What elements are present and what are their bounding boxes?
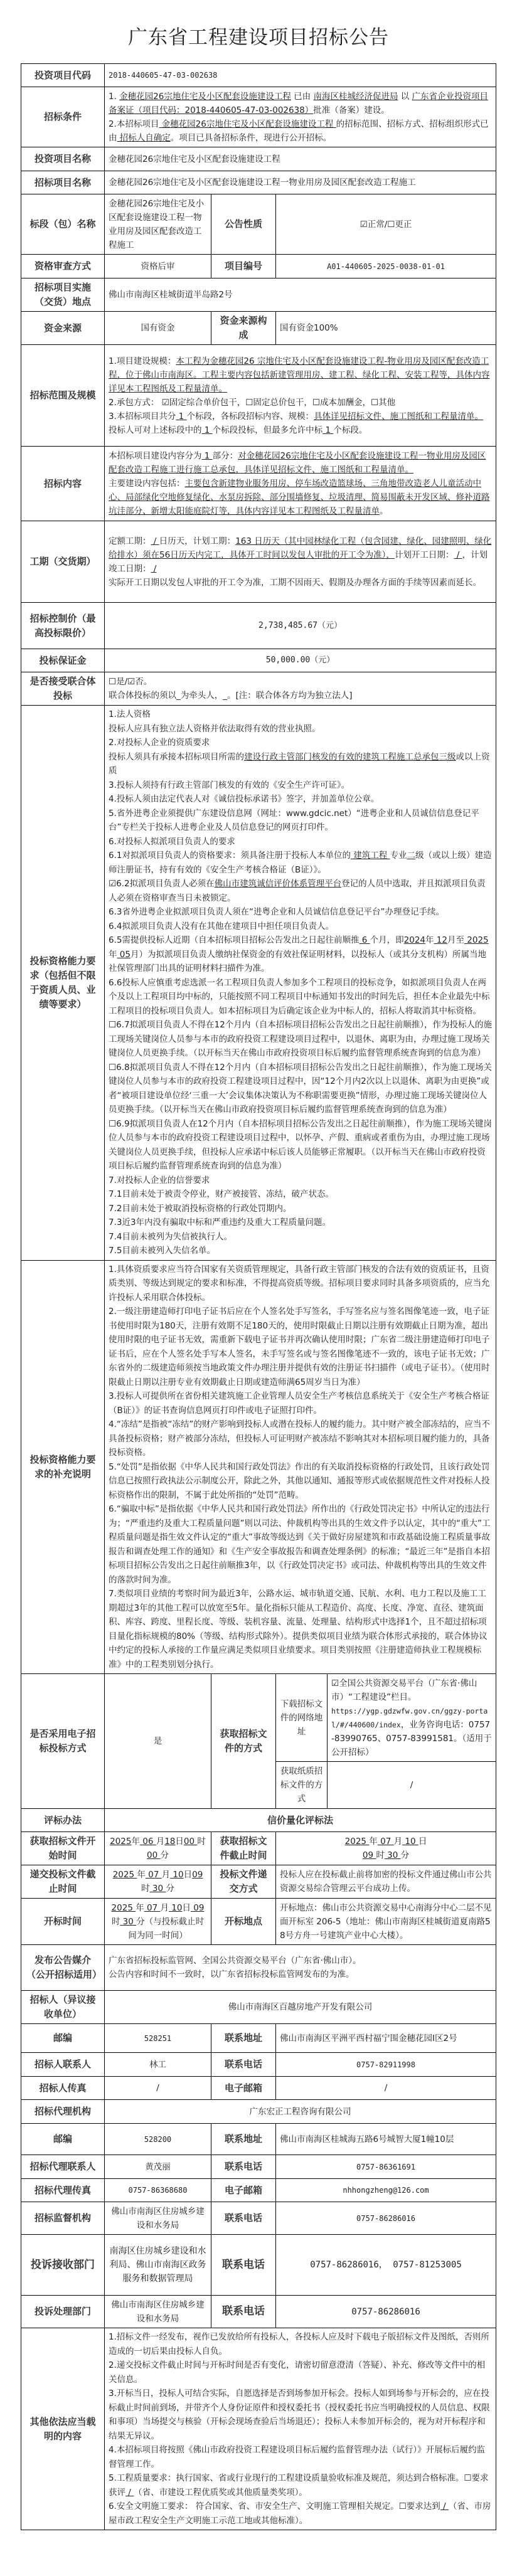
label-agency-phone: 联系电话 [211,2155,276,2179]
text: 佛山市建筑诚信评价体系管理平台 [215,879,342,889]
value-agency-phone: 0757-86361691 [276,2155,496,2179]
row-funding: 资金来源 国有资金 资金来源构成 国有资金100% [21,312,496,345]
row-investment-code: 投资项目代码 2018-440605-47-03-002638 [21,64,496,87]
label-supervision-phone: 联系电话 [211,2202,276,2235]
value-requirements: 1.法人资格 投标人应具有独立法人资格并依法取得有效的营业执照。 2.对投标人企… [105,706,496,1261]
text: 二 [407,851,416,861]
value-deposit: 50,000.00（元） [105,649,496,672]
label-media: 发布公告媒介（公开招标适用） [21,1945,105,1991]
text: 7.3近3年内没有骗取中标和严重违约及重大工程质量问题。 [109,1216,492,1230]
text: 6.安全文明施工要求： 符合国家、省、市安全生产、文明施工管理相关规定。☐要求达… [109,2501,440,2511]
text: 建筑工程 [351,851,390,861]
text: 7.1目前未处于被责令停业，财产被接管、冻结，破产状态。 [109,1187,492,1202]
text: 1 [322,425,333,435]
value-download-address: ☑全国公共资源交易平台（广东省·佛山市）“工程建设”栏目。 https://yg… [328,1674,496,1762]
label-consortium: 是否接受联合体投标 [21,672,105,706]
row-deposit: 投标保证金 50,000.00（元） [21,649,496,672]
label-content: 招标内容 [21,447,105,521]
label-deposit: 投标保证金 [21,649,105,672]
text: 00 [184,1837,197,1847]
value-submit-deadline: 2025 年 07 月 10日09时 30 分 [105,1865,211,1899]
value-notice-nature: ☑正常/☐更正 [276,194,496,255]
text: （与投标截止时间为同一时间） [128,1917,204,1941]
value-period: 定额工期： / 日历天，计划工期：163 日历天（其中园林绿化工程（包含园建、绿… [105,521,496,603]
text: 7.5目前未被列入失信名单。 [109,1244,492,1258]
text: 月至 [447,935,464,945]
row-electronic: 是否采用电子招标投标方式 是 获取招标文件的方式 下载招标文件的网络地址 ☑全国… [21,1674,496,1762]
row-agency-postal: 邮编 528200 联系地址 佛山市南海区桂城海五路6号城智大厦1幢10层 [21,2124,496,2155]
text: 1.招标文件一经发布，视作已发放给所有投标人，各投标人应及时下载电子版招标文件及… [109,2330,492,2358]
text: / [151,536,159,546]
row-location: 招标项目实施（交货）地点 佛山市南海区桂城街道半岛路2号 [21,278,496,312]
text: ☐6.7拟派项目负责人不得在12个月内（自本招标项目招标公告发出之日起往前顺推）… [109,1018,492,1061]
label-paper-method: 获取纸质招标文件的方式 [276,1762,328,1809]
value-agency-fax: 0757-86368680 [105,2179,211,2202]
value-project-code: A01-440605-2025-0038-01-01 [276,255,496,278]
text: / [151,564,157,574]
text: 05 [117,950,131,960]
label-agency-contact: 招标代理联系人 [21,2155,105,2179]
label-phone: 联系电话 [211,2053,276,2077]
row-tender-name: 招标项目名称 金穗花园26宗地住宅及小区配套设施建设工程一物业用房及园区配套改造… [21,171,496,194]
label-submit-method: 投标文件递交方式 [211,1865,276,1899]
label-conditions: 招标条件 [21,87,105,147]
row-complaint-handle: 投诉处理部门 佛山市南海区住房城乡建设和水务局 联系电话 0757-862860… [21,2296,496,2328]
value-consortium: ☐是/☑否。 联合体投标的须以_为牵头人，_。[注：联合体各方均为独立法人] [105,672,496,706]
text: 。 [380,506,388,516]
text: 1.法人资格 [109,708,492,722]
platform-checkbox: ☑全国公共资源交易平台（广东省·佛山市）“工程建设”栏目。 [331,1678,477,1702]
row-scope: 招标范围及规模 1.项目建设规模：本工程为金穗花园26 宗地住宅及小区配套设施建… [21,345,496,447]
text: 专业 [390,851,407,861]
text: 2025 [112,1903,136,1913]
text: 2.本招标项目 [109,119,159,129]
text: 1.项目建设规模： [109,356,176,366]
text: 6.4拟派项目负责人没有在其他在建项目中担任项目负责人。 [109,920,492,934]
text: 09 [192,1870,203,1880]
label-opening-place: 开标地点 [211,1899,276,1945]
label-agency-address: 联系地址 [211,2124,276,2155]
value-complaint-handle-phone: 0757-86286016 [276,2296,496,2328]
text: 主要建设内容包括： [109,479,185,489]
value-opening-time: 2025 年 07 月 10日 09 时 30 分（与投标截止时间为同一时间） [105,1899,211,1945]
value-email: / [276,2077,496,2100]
value-content: 本招标项目建设内容分为 1 部分：对金穗花园26宗地住宅及小区配套设施建设工程一… [105,447,496,521]
label-contact: 招标人联系人 [21,2053,105,2077]
text: 4.投标人须由法定代表人对《诚信投标承诺书》签字，并加盖单位公章。 [109,792,492,807]
row-complaint-receive: 投诉接收部门 南海区住房城乡建设和水利局、佛山市南海区政务服务和数据管理局 联系… [21,2235,496,2296]
row-consortium: 是否接受联合体投标 ☐是/☑否。 联合体投标的须以_为牵头人，_。[注：联合体各… [21,672,496,706]
label-evaluation: 评标办法 [21,1809,105,1832]
announcement-table: 投资项目代码 2018-440605-47-03-002638 招标条件 1. … [21,63,496,2530]
label-requirements: 投标资格能力要求（包括但不限于资质人员、业绩等要求） [21,706,105,1261]
value-agency-postal: 528200 [105,2124,211,2155]
text: 6.5需提供投标人近期（自本招标项目招标公告发出之日起往前顺推 [109,935,359,945]
bottom-spacer [0,2530,517,2549]
text: 4.本招标项目将按照《佛山市政府投资工程建设项目标后履约监督管理办法（试行）》开… [109,2443,492,2471]
label-agency-postal: 邮编 [21,2124,105,2155]
label-submit-deadline: 递交投标文件截止时间 [21,1865,105,1899]
text: 7.2目前未处于被取消投标资格的行政处罚期内。 [109,1202,492,1216]
text: ☐6.8拟派项目负责人不得在12个月内（自本招标项目招标公告发出之日起往前顺推）… [109,1061,492,1117]
text: 个月，即 [370,935,404,945]
text: 30 [150,1884,166,1894]
label-agency-email: 电子邮箱 [211,2179,276,2202]
text: 个标段。 [333,425,367,435]
text: ☐6.9拟派项目负责人在12个月内（自本招标项目招标公告发出之日起往前顺推），作… [109,1117,492,1174]
label-obtain-end: 获取招标文件截止时间 [211,1832,276,1865]
row-agency-fax: 招标代理传真 0757-86368680 电子邮箱 nhhongzheng@12… [21,2179,496,2202]
value-obtain-end: 2025 年 07 月 10 日09 时 30 分 [276,1832,496,1865]
label-lot: 标段（包）名称 [21,194,105,255]
contract-type-options: 2.承包方式： ☑固定综合单价包干，☐固定总价包干，☐成本加酬金，☐其他 [109,398,395,408]
text: 投标人应具有独立法人资格并依法取得有效的营业执照。 [109,722,492,736]
value-supervision-phone: 0757-86286016 [276,2202,496,2235]
value-location: 佛山市南海区桂城街道半岛路2号 [105,278,496,312]
label-investment-code: 投资项目代码 [21,64,105,87]
row-tenderer-fax: 招标人传真 / 电子邮箱 / [21,2077,496,2100]
text: 以 [398,92,412,102]
text: 公告内容和时间不一致时，以广东省招标投标监管网发布的为准。 [109,1968,492,1981]
row-conditions: 招标条件 1. 金穗花园26宗地住宅及小区配套设施建设工程 已由 南海区桂城经济… [21,87,496,147]
text: 月）为拟派项目负责人缴纳社保资金的有效社保证明材料，以投标人（或其分支机构）所属… [109,950,486,974]
value-control-price: 2,738,485.67（元） [105,603,496,649]
row-supplement: 投标资格能力要求的补充说明 1.具体资质要求应当符合国家有关资质管理规定，具备行… [21,1260,496,1674]
label-fax: 招标人传真 [21,2077,105,2100]
value-investment-code: 2018-440605-47-03-002638 [105,64,496,87]
value-agency-contact: 黄茂丽 [105,2155,211,2179]
text: 部分： [213,451,238,461]
row-opening: 开标时间 2025 年 07 月 10日 09 时 30 分（与投标截止时间为同… [21,1899,496,1945]
text: 12 [434,935,447,945]
text: 10 [170,1870,183,1880]
text: 30 [385,1850,401,1860]
text: 投标人可对上述标段中的 [109,425,202,435]
text: 09 [191,1903,204,1913]
value-tenderer: 佛山市南海区百越房地产开发有限公司 [105,1991,496,2024]
text: 7.4目前未被列为失信被执行人。 [109,1230,492,1244]
text: 5.省外进粤企业须提供广东建设信息网（网址：www.gdcic.net）“进粤企… [109,807,492,835]
page-title: 广东省工程建设项目招标公告 [0,0,517,63]
label-download-address: 下载招标文件的网络地址 [276,1674,328,1762]
value-funding-composition: 国有资金100% [276,312,496,345]
value-investment-name: 金穗花园26宗地住宅及小区配套设施建设工程 [105,147,496,171]
value-qualification: 资格后审 [105,255,211,278]
row-qualification: 资格审查方式 资格后审 项目编号 A01-440605-2025-0038-01… [21,255,496,278]
text: 3.投标人可提供所在省份相关建筑施工企业管理人员安全生产考核信息系统关于《安全生… [109,1389,492,1418]
value-agency-address: 佛山市南海区桂城海五路6号城智大厦1幢10层 [276,2124,496,2155]
text: 7.对投标人企业的信誉要求 [109,1174,492,1188]
text: 1. [109,92,119,102]
text: 3.本招标项目共分 [109,411,176,421]
text: 金穗花园26宗地住宅及小区配套设施建设工程 [119,92,291,102]
text: 个标段投标，但最多允许中标 [213,425,323,435]
label-opening-time: 开标时间 [21,1899,105,1945]
value-conditions: 1. 金穗花园26宗地住宅及小区配套设施建设工程 已由 南海区桂城经济促进局 以… [105,87,496,147]
text: 2025 [110,1837,131,1847]
text: 金穗花园26宗地住宅及小区配套设施建设工程 [159,119,336,129]
text: 招标人自确定 [117,133,171,143]
text: / [125,2488,134,2498]
label-period: 工期（交货期） [21,521,105,603]
value-agency-email[interactable]: nhhongzheng@126.com [276,2179,496,2202]
label-funding-composition: 资金来源构成 [211,312,276,345]
label-complaint-receive: 投诉接收部门 [21,2235,105,2296]
text: 建设行政主管部门核发的有效的建筑工程施工总承包三级 [244,752,456,762]
row-evaluation: 评标办法 信价量化评标法 [21,1809,496,1832]
value-paper-method: / [328,1762,496,1809]
value-tender-name: 金穗花园26宗地住宅及小区配套设施建设工程一物业用房及园区配套改造工程施工 [105,171,496,194]
value-complaint-receive-phone: 0757-86286016， 0757-81253005 [276,2235,496,2296]
text: 7.类似项目业绩的考察时间为最近3年，公路水运、城市轨道交通、民航、水利、电力工… [109,1587,492,1672]
row-obtain-time: 获取招标文件开始时间 2025年 06 月18日00 时 00 分 获取招标文件… [21,1832,496,1865]
text: 6.3省外进粤企业拟派项目负责人须在“进粤企业和人员诚信信息登记平台”办理登记手… [109,905,492,920]
text: 年 [425,935,434,945]
text: 07 [378,1837,394,1847]
row-period: 工期（交货期） 定额工期： / 日历天，计划工期：163 日历天（其中园林绿化工… [21,521,496,603]
label-supplement: 投标资格能力要求的补充说明 [21,1260,105,1674]
label-obtain-start: 获取招标文件开始时间 [21,1832,105,1865]
text: 个标段，各标段招标内容、规模： [187,411,314,421]
label-tenderer: 招标人（异议接收单位） [21,1991,105,2024]
text: 5.“处罚”是指依据《中华人民共和国行政处罚法》作出的有关取消投标资格的行政处罚… [109,1460,492,1503]
label-complaint-handle: 投诉处理部门 [21,2296,105,2328]
value-address: 佛山市南海区平洲平西村福宁围金穗花园I区2号 [276,2024,496,2053]
row-supervision: 招标监督机构 佛山市南海区住房城乡建设和水务局 联系电话 0757-862860… [21,2202,496,2235]
text: 投标人须具有承接本招标项目所需的 [109,752,244,762]
text: 18 [164,1837,175,1847]
label-agency-fax: 招标代理传真 [21,2179,105,2202]
label-other: 其他依法应当载明的内容 [21,2328,105,2530]
row-requirements: 投标资格能力要求（包括但不限于资质人员、业绩等要求） 1.法人资格 投标人应具有… [21,706,496,1261]
label-electronic: 是否采用电子招标投标方式 [21,1674,105,1809]
row-tenderer: 招标人（异议接收单位） 佛山市南海区百越房地产开发有限公司 [21,1991,496,2024]
text: 联合体投标的须以_为牵头人，_。[注：联合体各方均为独立法人] [109,689,492,702]
value-agency: 广东宏正工程咨询有限公司 [105,2100,496,2124]
text: 本招标项目建设内容分为 [109,451,202,461]
label-control-price: 招标控制价（最高投标限价） [21,603,105,649]
text: 10 [169,1903,182,1913]
text: 2.对投标人企业的资质要求 [109,736,492,750]
text: 6.对投标人拟派项目负责人的要求 [109,835,492,849]
text: 4.“冻结”是指被“冻结”的财产影响到投标人或潜在投标人的履约能力。其中财产被全… [109,1418,492,1460]
row-content: 招标内容 本招标项目建设内容分为 1 部分：对金穗花园26宗地住宅及小区配套设施… [21,447,496,521]
value-scope: 1.项目建设规模：本工程为金穗花园26 宗地住宅及小区配套设施建设工程-物业用房… [105,345,496,447]
value-opening-place: 开标地点：佛山市公共资源交易中心南海分中心二层不见面开标室 206-5（地址：佛… [276,1899,496,1945]
label-complaint-handle-phone: 联系电话 [211,2296,276,2328]
label-tender-name: 招标项目名称 [21,171,105,194]
consortium-options: ☐是/☑否。 [109,675,492,689]
text: 6.1对拟派项目负责人的资格要求：须具备注册于投标人本单位的 [109,851,351,861]
text: 06 [140,1837,156,1847]
text: / [454,550,462,560]
row-submit: 递交投标文件截止时间 2025 年 07 月 10日09时 30 分 投标文件递… [21,1865,496,1899]
label-obtain-method: 获取招标文件的方式 [211,1674,276,1809]
text: 2.一级注册建造师打印电子证书后应在个人签名处手写签名，手写签名应与签名图像笔迹… [109,1305,492,1389]
value-lot: 金穗花园26宗地住宅及小区配套设施建设工程一物业用房及园区配套改造工程施工 [105,194,211,255]
text: 07 [144,1903,161,1913]
text: 1 [202,425,213,435]
value-submit-method: 投标人应在投标截止前将加密的投标文件通过佛山市公共资源交易综合管理云平台成功上传… [276,1865,496,1899]
row-lot: 标段（包）名称 金穗花园26宗地住宅及小区配套设施建设工程一物业用房及园区配套改… [21,194,496,255]
label-investment-name: 投资项目名称 [21,147,105,171]
row-media: 发布公告媒介（公开招标适用） 广东省招标投标监管网、全国公共资源交易平台（广东省… [21,1945,496,1991]
value-complaint-handle: 佛山市南海区住房城乡建设和水务局 [105,2296,211,2328]
text: 10 [402,1837,418,1847]
text: 30 [120,1917,136,1927]
text: 3.投标人须持有行政主管部门核发的有效的《安全生产许可证》。 [109,778,492,793]
checkbox-checked: ☑6.2拟派项目负责人必须在 [109,879,215,889]
row-tenderer-contact: 招标人联系人 林工 联系电话 0757-82911998 [21,2053,496,2077]
text: 1.具体资质要求应当符合国家有关资质管理规定，具备行政主管部门核发的合法有效的资… [109,1263,492,1305]
text: 实际开工日期以发包人审批的开工令为准，工期不因雨天、假期及办理各方面的手续等因素… [109,578,481,588]
value-electronic: 是 [105,1674,211,1809]
text: 6.6投标人应慎重考虑选派一名工程项目负责人参加多个工程项目的投标竞争，如拟派项… [109,976,492,1019]
label-qualification: 资格审查方式 [21,255,105,278]
value-fax: / [105,2077,211,2100]
label-postal: 邮编 [21,2024,105,2053]
value-other: 1.招标文件一经发布，视作已发放给所有投标人，各投标人应及时下载电子版招标文件及… [105,2328,496,2530]
row-tenderer-postal: 邮编 528251 联系地址 佛山市南海区平洲平西村福宁围金穗花园I区2号 [21,2024,496,2053]
row-agency-contact: 招标代理联系人 黄茂丽 联系电话 0757-86361691 [21,2155,496,2179]
text: 1 [202,451,213,461]
row-other: 其他依法应当载明的内容 1.招标文件一经发布，视作已发放给所有投标人，各投标人应… [21,2328,496,2530]
label-agency: 招标代理机构 [21,2100,105,2124]
text: 09 [363,1850,376,1860]
value-media: 广东省招标投标监管网、全国公共资源交易平台（广东省·佛山市）。 公告内容和时间不… [105,1945,496,1991]
text: 1 [176,411,186,421]
value-postal: 528251 [105,2024,211,2053]
text: 计划开工日期： [395,550,454,560]
value-supplement: 1.具体资质要求应当符合国家有关资质管理规定，具备行政主管部门核发的合法有效的资… [105,1260,496,1674]
value-supervision: 佛山市南海区住房城乡建设和水务局 [105,2202,211,2235]
text: 2.递交投标文件截止时间与开标时间是否有变化，请密切留意澄清（答疑）、补充、修改… [109,2358,492,2387]
text: 00 [147,1850,160,1860]
row-agency: 招标代理机构 广东宏正工程咨询有限公司 [21,2100,496,2124]
row-investment-name: 投资项目名称 金穗花园26宗地住宅及小区配套设施建设工程 [21,147,496,171]
label-location: 招标项目实施（交货）地点 [21,278,105,312]
text: 07 [146,1870,162,1880]
text: 南海区桂城经济促进局 [313,92,398,102]
text: 定额工期： [109,536,151,546]
text: （省、市建设工程优质奖或其他质量类奖项）。 [134,2488,307,2498]
text: 2025 [113,1870,137,1880]
text: 具体详见招标文件、施工图纸和工程量清单。 [314,411,483,421]
text: 日历天，计划工期： [159,536,236,546]
value-phone: 0757-82911998 [276,2053,496,2077]
label-complaint-receive-phone: 联系电话 [211,2235,276,2296]
text: 6 [359,935,370,945]
value-obtain-start: 2025年 06 月18日00 时 00 分 [105,1832,211,1865]
row-control-price: 招标控制价（最高投标限价） 2,738,485.67（元） [21,603,496,649]
text: 。项目已具备招标条件，现进行公开招标。 [171,133,332,143]
announcement-page: 广东省工程建设项目招标公告 投资项目代码 2018-440605-47-03-0… [0,0,517,2549]
label-address: 联系地址 [211,2024,276,2053]
value-complaint-receive: 南海区住房城乡建设和水利局、佛山市南海区政务服务和数据管理局 [105,2235,211,2296]
text: 批准（备案）建设。 [313,105,390,115]
label-scope: 招标范围及规模 [21,345,105,447]
text: 2025 [464,935,489,945]
text: 3.开标当日，投标人可结合实际，自愿选择是否到场参加开标会。投标人如到场参与开标… [109,2387,492,2443]
label-funding: 资金来源 [21,312,105,345]
value-contact: 林工 [105,2053,211,2077]
text: 2025 [345,1837,370,1847]
text: 2024 [404,935,425,945]
text: 广东省招标投标监管网、全国公共资源交易平台（广东省·佛山市）。 [109,1954,492,1968]
label-supervision: 招标监督机构 [21,2202,105,2235]
text: 已由 [291,92,314,102]
text: 年 [109,950,117,960]
value-funding: 国有资金 [105,312,211,345]
text: 6.“骗取中标”是指依据《中华人民共和国行政处罚法》所作出的《行政处罚决定书》中… [109,1502,492,1587]
text: / [440,2501,449,2511]
value-evaluation: 信价量化评标法 [105,1809,496,1832]
label-project-code: 项目编号 [211,255,276,278]
label-email: 电子邮箱 [211,2077,276,2100]
label-notice-nature: 公告性质 [211,194,276,255]
